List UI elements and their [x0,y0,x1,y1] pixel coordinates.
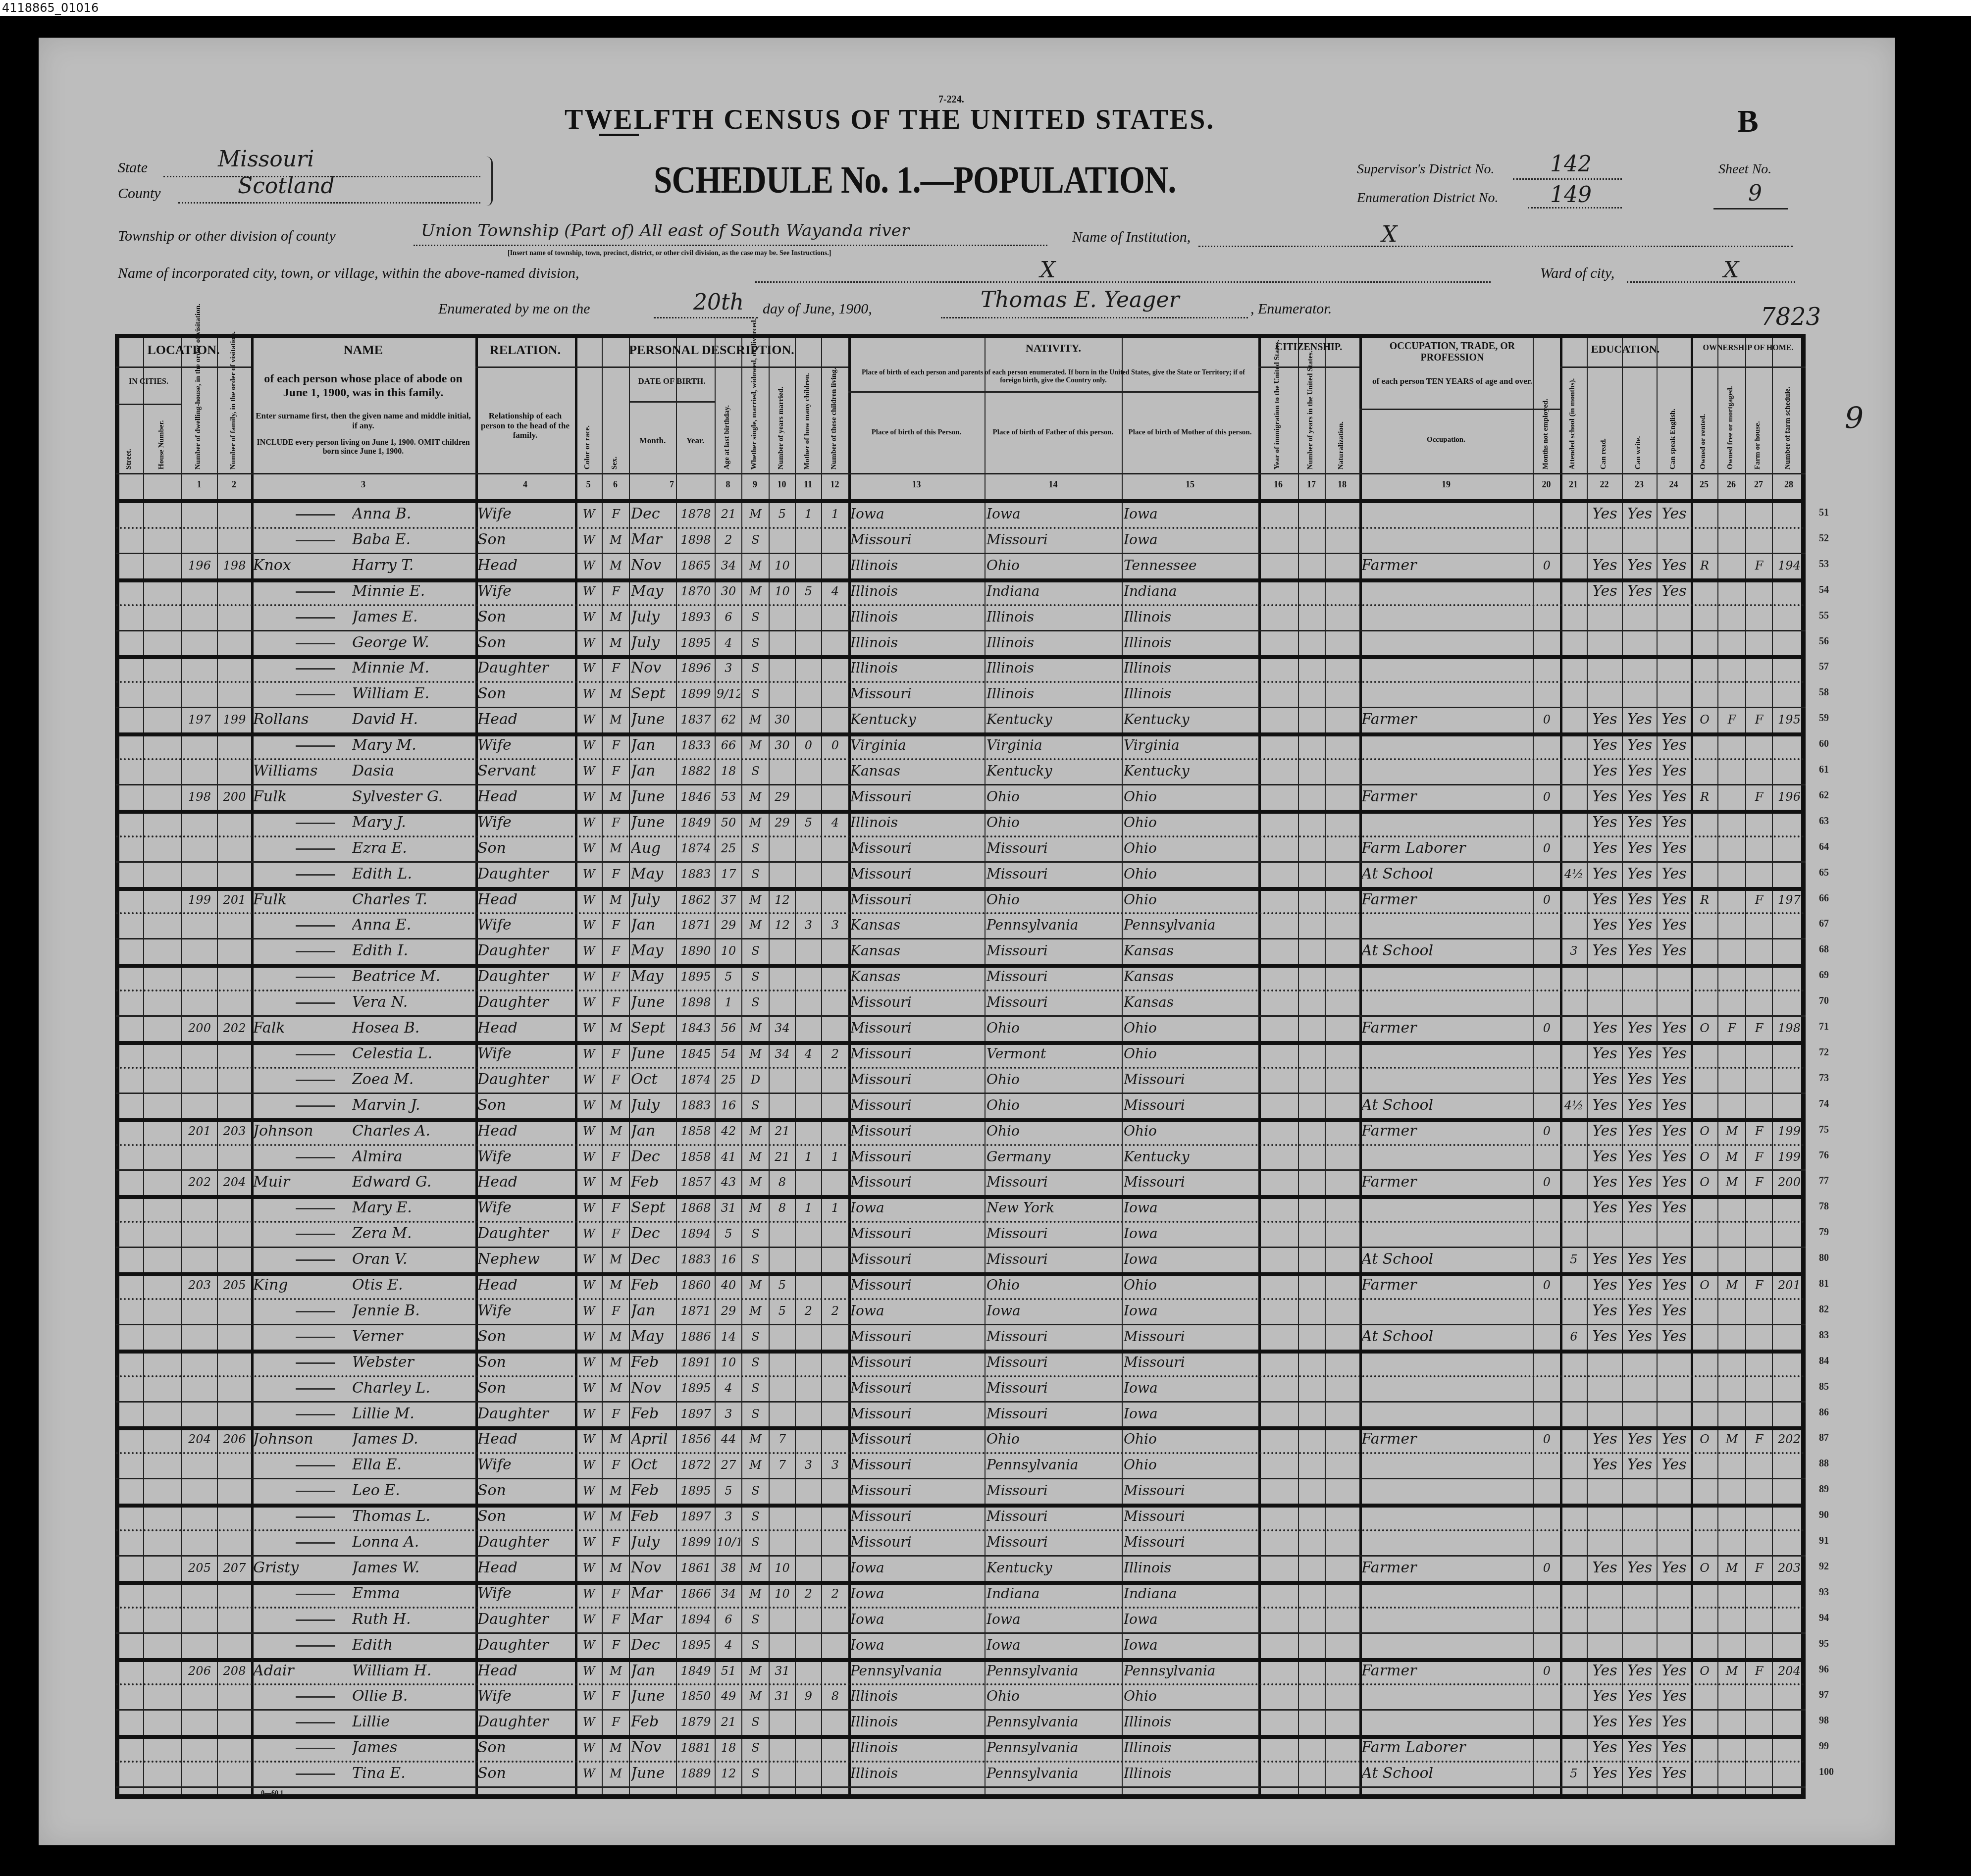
header-age: Age at last birthday. [724,378,731,469]
months-unemployed: 0 [1535,1426,1559,1452]
father-birthplace: Missouri [986,1221,1121,1247]
father-birthplace: Pennsylvania [986,1761,1121,1786]
can-write: Yes [1624,1015,1656,1041]
birth-year: 1894 [678,1221,714,1247]
mother-birthplace: Iowa [1124,527,1257,553]
header-mother-of: Mother of how many children. [804,378,812,469]
given-name: Edward G. [352,1169,474,1195]
sex: M [604,1555,628,1581]
children-living: 8 [823,1683,847,1709]
given-name: Dasia [352,758,474,784]
years-married: 5 [771,1272,794,1298]
birth-year: 1846 [678,784,714,810]
color: W [577,527,601,553]
birth-year: 1886 [678,1324,714,1350]
can-read: Yes [1589,1144,1621,1170]
birth-month: Feb [631,1709,675,1735]
header-farm-house: Farm or house. [1754,378,1762,469]
column-number: 8 [715,479,741,490]
birth-month: Oct [631,1452,675,1478]
mother-birthplace: Ohio [1124,1272,1257,1298]
birthplace: Illinois [850,655,984,681]
given-name: Mary M. [352,732,474,758]
birthplace: Missouri [850,1324,984,1350]
can-read: Yes [1589,1118,1621,1144]
column-number: 23 [1622,479,1657,490]
ditto-dash [296,1234,335,1235]
birth-father-label: Place of birth of Father of this person. [988,428,1118,437]
age: 16 [717,1247,740,1272]
years-married: 10 [771,553,794,578]
ditto-dash [296,1388,335,1390]
ditto-dash [296,925,335,927]
mother-birthplace: Iowa [1124,1247,1257,1272]
header-children-living: Number of these children living. [830,378,838,469]
birthplace: Virginia [850,732,984,758]
county-line [178,202,480,204]
margin-mark: 9 [1845,401,1864,436]
father-birthplace: Ohio [986,1118,1121,1144]
line-number: 69 [1819,970,1829,981]
birth-month: June [631,1761,675,1786]
relation: Wife [477,1144,574,1170]
can-read: Yes [1589,784,1621,810]
given-name: Ollie B. [352,1683,474,1709]
can-write: Yes [1624,1452,1656,1478]
occupation: At School [1361,1247,1532,1272]
years-married: 10 [771,1555,794,1581]
owned-free-mortgaged: M [1719,1426,1744,1452]
enumeration-label: Enumeration District No. [1357,190,1498,206]
marital-status: M [743,784,768,810]
color: W [577,1350,601,1375]
mother-of: 9 [797,1683,820,1709]
age: 3 [717,1504,740,1529]
can-read: Yes [1589,887,1621,913]
sex: F [604,1607,628,1632]
given-name: Leo E. [352,1478,474,1504]
mother-of: 3 [797,912,820,938]
relation: Head [477,1272,574,1298]
mother-birthplace: Missouri [1124,1350,1257,1375]
can-write: Yes [1624,1118,1656,1144]
mother-birthplace: Indiana [1124,578,1257,604]
mother-birthplace: Iowa [1124,1632,1257,1658]
can-write: Yes [1624,732,1656,758]
farm-or-house: F [1747,1426,1771,1452]
can-write: Yes [1624,1144,1656,1170]
family-number: 202 [219,1015,250,1041]
enumerated-day-line [654,317,758,318]
line-number: 62 [1819,790,1829,801]
section-ownership: OWNERSHIP OF HOME. [1691,344,1806,353]
father-birthplace: Indiana [986,1581,1121,1607]
ditto-dash [296,1414,335,1415]
footer-code: 0—60 1 [261,1790,320,1798]
father-birthplace: Virginia [986,732,1121,758]
birth-year: 1858 [678,1118,714,1144]
birthplace: Illinois [850,810,984,835]
section-rule [475,366,575,368]
age: 1 [717,990,740,1015]
mother-birthplace: Illinois [1124,630,1257,656]
row-rule [116,1786,1806,1788]
ditto-dash [296,848,335,850]
given-name: Beatrice M. [352,964,474,990]
birthplace: Kansas [850,912,984,938]
birthplace: Missouri [850,861,984,887]
header-family: Number of family, in the order of visita… [230,408,238,469]
state-value: Missouri [218,147,314,172]
mother-birthplace: Missouri [1124,1093,1257,1118]
birth-year: 1849 [678,1658,714,1684]
birthplace: Missouri [850,1401,984,1427]
color: W [577,1375,601,1401]
birth-year: 1898 [678,990,714,1015]
can-write: Yes [1624,938,1656,964]
father-birthplace: Germany [986,1144,1121,1170]
color: W [577,1478,601,1504]
header-months-unemployed: Months not employed. [1542,378,1550,469]
birth-month: Mar [631,1581,675,1607]
can-read: Yes [1589,758,1621,784]
father-birthplace: Illinois [986,630,1121,656]
age: 21 [717,1709,740,1735]
birthplace: Missouri [850,887,984,913]
surname: Johnson [253,1118,349,1144]
relation: Son [477,1350,574,1375]
marital-status: M [743,1272,768,1298]
section-relation: RELATION. [475,343,575,358]
ditto-dash [296,540,335,541]
sex: F [604,1581,628,1607]
birth-month: July [631,630,675,656]
birth-month: Sept [631,1195,675,1221]
in-cities-label: IN CITIES. [116,377,181,386]
mother-birthplace: Illinois [1124,1555,1257,1581]
birth-month: Feb [631,1272,675,1298]
father-birthplace: Ohio [986,1093,1121,1118]
surname: Rollans [253,707,349,732]
ditto-dash [296,1748,335,1749]
given-name: Charles T. [352,887,474,913]
sex: F [604,732,628,758]
header-can-speak: Can speak English. [1669,378,1677,469]
father-birthplace: Pennsylvania [986,1735,1121,1761]
father-birthplace: Missouri [986,1529,1121,1555]
sex: F [604,655,628,681]
line-number: 97 [1819,1689,1829,1701]
father-birthplace: Kentucky [986,707,1121,732]
given-name: Emma [352,1581,474,1607]
farm-schedule-number: 201 [1774,1272,1805,1298]
sex: M [604,1478,628,1504]
sex: M [604,707,628,732]
surname: Gristy [253,1555,349,1581]
occupation: Farmer [1361,1658,1532,1684]
age: 18 [717,758,740,784]
column-number: 25 [1691,479,1717,490]
column-number: 2 [217,479,251,490]
birth-year: 1895 [678,630,714,656]
occupation: Farmer [1361,1118,1532,1144]
enumerator-name: Thomas E. Yeager [981,287,1180,313]
line-number: 93 [1819,1587,1829,1598]
birth-month: Feb [631,1478,675,1504]
father-birthplace: Ohio [986,810,1121,835]
father-birthplace: Missouri [986,1324,1121,1350]
marital-status: D [743,1067,768,1093]
can-speak-english: Yes [1659,1169,1690,1195]
years-married: 12 [771,912,794,938]
marital-status: M [743,1555,768,1581]
marital-status: S [743,1401,768,1427]
children-living: 3 [823,1452,847,1478]
can-read: Yes [1589,1452,1621,1478]
color: W [577,501,601,527]
birthplace: Missouri [850,784,984,810]
can-read: Yes [1589,835,1621,861]
color: W [577,1632,601,1658]
years-married: 31 [771,1683,794,1709]
age: 56 [717,1015,740,1041]
father-birthplace: Ohio [986,1067,1121,1093]
children-living: 1 [823,501,847,527]
birth-month: Jan [631,912,675,938]
occupation: Farm Laborer [1361,835,1532,861]
line-number: 53 [1819,559,1829,570]
color: W [577,1555,601,1581]
occupation: Farmer [1361,1555,1532,1581]
marital-status: S [743,964,768,990]
age: 18 [717,1735,740,1761]
can-write: Yes [1624,1555,1656,1581]
birthplace: Iowa [850,1298,984,1324]
sex: M [604,1350,628,1375]
father-birthplace: Missouri [986,1169,1121,1195]
sex: M [604,1015,628,1041]
years-married: 7 [771,1452,794,1478]
marital-status: S [743,990,768,1015]
age: 4 [717,630,740,656]
mother-birthplace: Kansas [1124,990,1257,1015]
age: 62 [717,707,740,732]
line-number: 52 [1819,533,1829,544]
can-speak-english: Yes [1659,1658,1690,1684]
line-number: 59 [1819,713,1829,724]
can-speak-english: Yes [1659,732,1690,758]
line-number: 88 [1819,1458,1829,1469]
mother-birthplace: Ohio [1124,1041,1257,1067]
occupation-column-label: Occupation. [1363,436,1529,444]
relation: Wife [477,732,574,758]
surname: Fulk [253,887,349,913]
ditto-dash [296,514,335,516]
color: W [577,1683,601,1709]
mother-birthplace: Missouri [1124,1067,1257,1093]
given-name: Mary E. [352,1195,474,1221]
color: W [577,810,601,835]
relation: Daughter [477,1709,574,1735]
birthplace: Kansas [850,938,984,964]
sex: F [604,1298,628,1324]
age: 29 [717,912,740,938]
given-name: Mary J. [352,810,474,835]
can-write: Yes [1624,835,1656,861]
line-number: 75 [1819,1124,1829,1136]
birthplace: Missouri [850,1426,984,1452]
farm-schedule-number: 204 [1774,1658,1805,1684]
father-birthplace: Ohio [986,1272,1121,1298]
color: W [577,681,601,707]
color: W [577,1658,601,1684]
birth-month: Jan [631,1118,675,1144]
given-name: Charley L. [352,1375,474,1401]
birth-year: 1878 [678,501,714,527]
family-number: 200 [219,784,250,810]
father-birthplace: Missouri [986,861,1121,887]
years-married: 10 [771,1581,794,1607]
birth-month: Nov [631,553,675,578]
line-number: 64 [1819,841,1829,853]
marital-status: M [743,553,768,578]
given-name: Ruth H. [352,1607,474,1632]
sex: M [604,1272,628,1298]
marital-status: S [743,1375,768,1401]
marital-status: S [743,1324,768,1350]
relation: Nephew [477,1247,574,1272]
can-speak-english: Yes [1659,1093,1690,1118]
can-write: Yes [1624,1324,1656,1350]
sex: F [604,1683,628,1709]
section-occupation: OCCUPATION, TRADE, OR PROFESSION [1359,341,1545,364]
ditto-dash [296,1645,335,1647]
relation: Head [477,1426,574,1452]
mother-birthplace: Ohio [1124,810,1257,835]
mother-of: 3 [797,1452,820,1478]
marital-status: M [743,578,768,604]
sex: F [604,1195,628,1221]
birth-year: 1857 [678,1169,714,1195]
birthplace: Illinois [850,1683,984,1709]
relation: Daughter [477,964,574,990]
can-speak-english: Yes [1659,912,1690,938]
birth-year: 1845 [678,1041,714,1067]
column-number: 13 [848,479,985,490]
sheet-letter: B [1737,103,1759,140]
can-speak-english: Yes [1659,887,1690,913]
years-married: 8 [771,1195,794,1221]
can-write: Yes [1624,912,1656,938]
birth-year: 1871 [678,912,714,938]
enumeration-value: 149 [1550,182,1592,208]
can-read: Yes [1589,732,1621,758]
age: 31 [717,1195,740,1221]
sex: M [604,1426,628,1452]
ditto-dash [296,694,335,695]
family-number: 198 [219,553,250,578]
ditto-dash [296,1208,335,1209]
city-line [755,281,1491,283]
section-education: EDUCATION. [1560,343,1691,356]
sheet-line [1713,208,1788,209]
color: W [577,578,601,604]
column-number: 4 [475,479,575,490]
years-married: 31 [771,1658,794,1684]
attended-school: 4½ [1562,861,1586,887]
years-married: 34 [771,1015,794,1041]
line-number: 65 [1819,867,1829,879]
attended-school: 5 [1562,1761,1586,1786]
given-name: James E. [352,604,474,630]
family-number: 207 [219,1555,250,1581]
age: 17 [717,861,740,887]
birthplace: Iowa [850,1632,984,1658]
father-birthplace: Illinois [986,681,1121,707]
ditto-dash [296,1491,335,1492]
sex: M [604,553,628,578]
ditto-dash [296,951,335,952]
age: 42 [717,1118,740,1144]
age: 3 [717,1401,740,1427]
relation: Head [477,887,574,913]
months-unemployed: 0 [1535,1658,1559,1684]
mother-birthplace: Missouri [1124,1504,1257,1529]
birthplace: Missouri [850,1118,984,1144]
marital-status: S [743,835,768,861]
ditto-dash [296,668,335,670]
township-note: [Insert name of township, town, precinct… [508,250,831,258]
color: W [577,1426,601,1452]
father-birthplace: New York [986,1195,1121,1221]
children-living: 4 [823,578,847,604]
birth-month: July [631,887,675,913]
can-read: Yes [1589,1298,1621,1324]
occupation: Farm Laborer [1361,1735,1532,1761]
mother-birthplace: Ohio [1124,861,1257,887]
header-owned-rented: Owned or rented. [1700,378,1708,469]
mother-of: 5 [797,810,820,835]
birthplace: Missouri [850,1169,984,1195]
color: W [577,630,601,656]
color: W [577,732,601,758]
relation: Wife [477,1041,574,1067]
occupation: Farmer [1361,784,1532,810]
age: 6 [717,604,740,630]
birth-month: Dec [631,1632,675,1658]
surname: Fulk [253,784,349,810]
ditto-dash [296,1259,335,1261]
line-number: 83 [1819,1330,1829,1341]
stamp-number: 7823 [1761,303,1821,331]
age: 10/12 [717,1529,740,1555]
given-name: Jennie B. [352,1298,474,1324]
owned-free-mortgaged: M [1719,1658,1744,1684]
birthplace: Missouri [850,1015,984,1041]
column-number: 10 [769,479,795,490]
birthplace: Iowa [850,1607,984,1632]
marital-status: S [743,1709,768,1735]
can-speak-english: Yes [1659,553,1690,578]
birth-month: Feb [631,1169,675,1195]
given-name: Zoea M. [352,1067,474,1093]
birthplace: Illinois [850,1761,984,1786]
occupation-rule [1359,409,1560,410]
can-speak-english: Yes [1659,1144,1690,1170]
relation: Son [477,1504,574,1529]
relation: Head [477,1015,574,1041]
can-read: Yes [1589,1735,1621,1761]
